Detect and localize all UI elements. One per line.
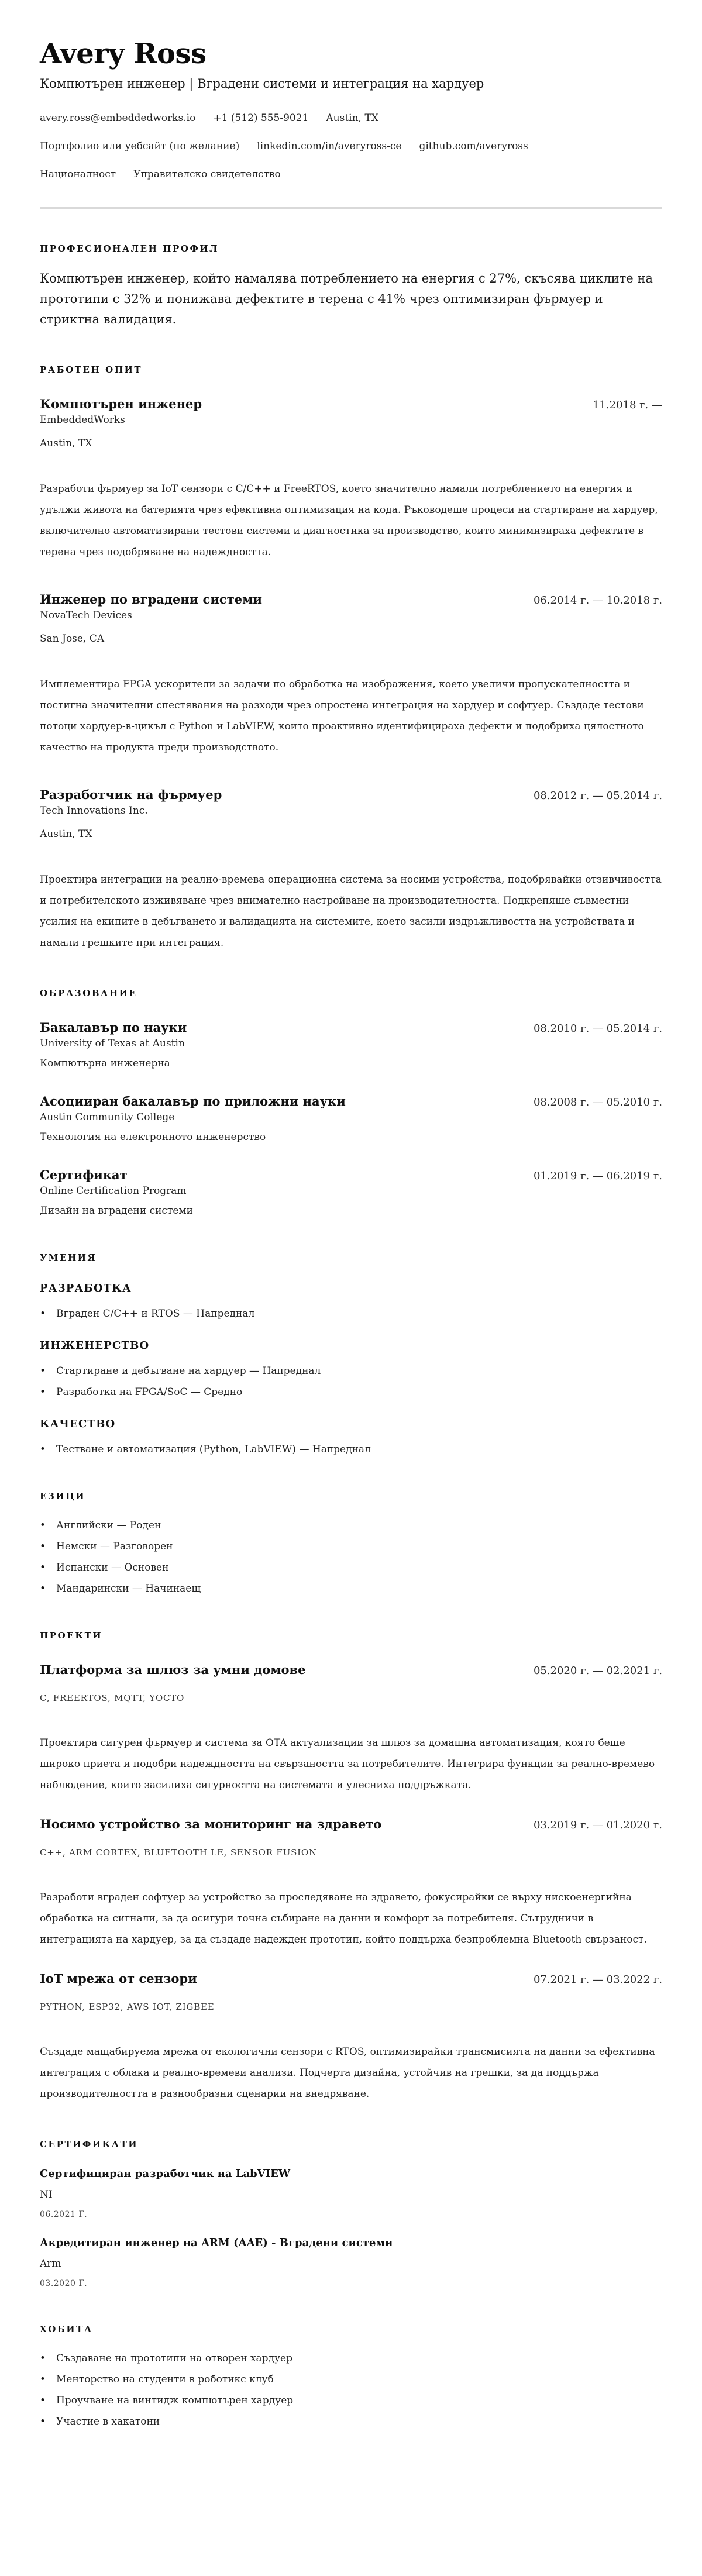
candidate-headline: Компютърен инженер | Вградени системи и … xyxy=(40,75,662,92)
project-name: Платформа за шлюз за умни домове xyxy=(40,1661,305,1679)
portfolio-link[interactable]: Портфолио или уебсайт (по желание) xyxy=(40,139,239,153)
certificate-entry: Акредитиран инженер на ARM (AAE) - Вград… xyxy=(40,2236,662,2289)
contact-row-links: Портфолио или уебсайт (по желание) linke… xyxy=(40,139,662,153)
resume-page: Avery Ross Компютърен инженер | Вградени… xyxy=(0,0,702,2471)
company-name: Tech Innovations Inc. xyxy=(40,804,662,818)
school-name: Online Certification Program xyxy=(40,1184,662,1198)
project-dates: 07.2021 г. — 03.2022 г. xyxy=(534,1972,662,1988)
certificates-section: Сертификати Сертифициран разработчик на … xyxy=(40,2138,662,2289)
project-tech-stack: C++, ARM Cortex, Bluetooth LE, Sensor Fu… xyxy=(40,1846,662,1859)
project-entry: Платформа за шлюз за умни домове05.2020 … xyxy=(40,1661,662,1796)
entry-header: Компютърен инженер11.2018 г. — xyxy=(40,395,662,413)
entry-header: Сертификат01.2019 г. — 06.2019 г. xyxy=(40,1166,662,1184)
hobbies-heading: Хобита xyxy=(40,2323,662,2335)
education-section: Образование Бакалавър по науки08.2010 г.… xyxy=(40,987,662,1218)
field-of-study: Технология на електронното инженерство xyxy=(40,1130,662,1144)
job-location: San Jose, CA xyxy=(40,632,662,646)
skill-item: Стартиране и дебъгване на хардуер — Напр… xyxy=(40,1364,662,1378)
company-name: NovaTech Devices xyxy=(40,608,662,622)
skill-item: Разработка на FPGA/SoC — Средно xyxy=(40,1385,662,1399)
job-description: Проектира интеграции на реално-времева о… xyxy=(40,869,662,953)
project-description: Проектира сигурен фърмуер и система за O… xyxy=(40,1733,662,1796)
company-name: EmbeddedWorks xyxy=(40,413,662,427)
project-tech-stack: Python, ESP32, AWS IoT, Zigbee xyxy=(40,2000,662,2013)
entry-header: Платформа за шлюз за умни домове05.2020 … xyxy=(40,1661,662,1679)
certificate-issuer: NI xyxy=(40,2188,662,2202)
job-description: Разработи фърмуер за IoT сензори с C/C++… xyxy=(40,478,662,563)
education-entry: Бакалавър по науки08.2010 г. — 05.2014 г… xyxy=(40,1019,662,1070)
projects-section: Проекти Платформа за шлюз за умни домове… xyxy=(40,1630,662,2105)
experience-entry: Разработчик на фърмуер08.2012 г. — 05.20… xyxy=(40,786,662,953)
education-dates: 08.2008 г. — 05.2010 г. xyxy=(534,1095,662,1110)
skill-list: Стартиране и дебъгване на хардуер — Напр… xyxy=(40,1364,662,1399)
job-dates: 11.2018 г. — xyxy=(593,398,662,413)
language-item: Мандарински — Начинаещ xyxy=(40,1582,662,1596)
job-location: Austin, TX xyxy=(40,827,662,841)
skill-category: РАЗРАБОТКА xyxy=(40,1281,662,1296)
hobby-item: Проучване на винтидж компютърен хардуер xyxy=(40,2394,662,2408)
candidate-name: Avery Ross xyxy=(40,36,662,71)
hobby-item: Менторство на студенти в роботикс клуб xyxy=(40,2372,662,2386)
experience-heading: Работен опит xyxy=(40,364,662,376)
projects-heading: Проекти xyxy=(40,1630,662,1641)
project-description: Разработи вграден софтуер за устройство … xyxy=(40,1887,662,1950)
degree-title: Асоцииран бакалавър по приложни науки xyxy=(40,1093,346,1110)
hobbies-section: Хобита Създаване на прототипи на отворен… xyxy=(40,2323,662,2429)
certificate-date: 06.2021 Г. xyxy=(40,2209,662,2220)
education-heading: Образование xyxy=(40,987,662,999)
nationality-field: Националност xyxy=(40,167,116,181)
contact-location: Austin, TX xyxy=(326,111,378,125)
entry-header: Бакалавър по науки08.2010 г. — 05.2014 г… xyxy=(40,1019,662,1036)
entry-header: Асоцииран бакалавър по приложни науки08.… xyxy=(40,1093,662,1110)
certificate-name: Сертифициран разработчик на LabVIEW xyxy=(40,2167,662,2182)
header-divider xyxy=(40,207,662,209)
project-entry: Носимо устройство за мониторинг на здрав… xyxy=(40,1816,662,1950)
skill-category: ИНЖЕНЕРСТВО xyxy=(40,1338,662,1354)
skill-category: КАЧЕСТВО xyxy=(40,1417,662,1432)
entry-header: Инженер по вградени системи06.2014 г. — … xyxy=(40,591,662,608)
languages-section: Езици Английски — РоденНемски — Разговор… xyxy=(40,1490,662,1596)
education-entry: Асоцииран бакалавър по приложни науки08.… xyxy=(40,1093,662,1144)
resume-header: Avery Ross Компютърен инженер | Вградени… xyxy=(40,36,662,209)
field-of-study: Дизайн на вградени системи xyxy=(40,1204,662,1218)
contact-row-extra: Националност Управителско свидетелство xyxy=(40,167,662,181)
project-name: IoT мрежа от сензори xyxy=(40,1970,197,1988)
degree-title: Сертификат xyxy=(40,1166,128,1184)
job-location: Austin, TX xyxy=(40,436,662,450)
job-title: Компютърен инженер xyxy=(40,395,202,413)
hobby-list: Създаване на прототипи на отворен хардуе… xyxy=(40,2351,662,2429)
skills-section: Умения РАЗРАБОТКАВграден C/C++ и RTOS — … xyxy=(40,1252,662,1456)
language-list: Английски — РоденНемски — РазговоренИспа… xyxy=(40,1518,662,1596)
job-title: Инженер по вградени системи xyxy=(40,591,262,608)
skill-item: Тестване и автоматизация (Python, LabVIE… xyxy=(40,1442,662,1456)
experience-section: Работен опит Компютърен инженер11.2018 г… xyxy=(40,364,662,953)
project-dates: 05.2020 г. — 02.2021 г. xyxy=(534,1664,662,1679)
project-tech-stack: C, FreeRTOS, MQTT, Yocto xyxy=(40,1692,662,1704)
language-item: Немски — Разговорен xyxy=(40,1540,662,1554)
school-name: Austin Community College xyxy=(40,1110,662,1124)
driving-license-field: Управителско свидетелство xyxy=(133,167,281,181)
hobby-item: Създаване на прототипи на отворен хардуе… xyxy=(40,2351,662,2365)
summary-text: Компютърен инженер, който намалява потре… xyxy=(40,268,662,330)
project-name: Носимо устройство за мониторинг на здрав… xyxy=(40,1816,381,1833)
hobby-item: Участие в хакатони xyxy=(40,2415,662,2429)
job-dates: 06.2014 г. — 10.2018 г. xyxy=(534,593,662,608)
contact-row-primary: avery.ross@embeddedworks.io +1 (512) 555… xyxy=(40,111,662,125)
entry-header: IoT мрежа от сензори07.2021 г. — 03.2022… xyxy=(40,1970,662,1988)
experience-entry: Компютърен инженер11.2018 г. —EmbeddedWo… xyxy=(40,395,662,563)
certificate-entry: Сертифициран разработчик на LabVIEWNI06.… xyxy=(40,2167,662,2220)
experience-entry: Инженер по вградени системи06.2014 г. — … xyxy=(40,591,662,758)
certificates-heading: Сертификати xyxy=(40,2138,662,2150)
education-dates: 01.2019 г. — 06.2019 г. xyxy=(534,1169,662,1184)
skill-list: Тестване и автоматизация (Python, LabVIE… xyxy=(40,1442,662,1456)
skill-list: Вграден C/C++ и RTOS — Напреднал xyxy=(40,1307,662,1321)
certificate-issuer: Arm xyxy=(40,2257,662,2271)
linkedin-link[interactable]: linkedin.com/in/averyross-ce xyxy=(257,139,401,153)
job-title: Разработчик на фърмуер xyxy=(40,786,222,804)
entry-header: Носимо устройство за мониторинг на здрав… xyxy=(40,1816,662,1833)
summary-section: Професионален профил Компютърен инженер,… xyxy=(40,243,662,330)
github-link[interactable]: github.com/averyross xyxy=(419,139,528,153)
school-name: University of Texas at Austin xyxy=(40,1036,662,1051)
certificate-name: Акредитиран инженер на ARM (AAE) - Вград… xyxy=(40,2236,662,2251)
language-item: Английски — Роден xyxy=(40,1518,662,1532)
project-description: Създаде мащабируема мрежа от екологични … xyxy=(40,2041,662,2105)
skill-item: Вграден C/C++ и RTOS — Напреднал xyxy=(40,1307,662,1321)
project-entry: IoT мрежа от сензори07.2021 г. — 03.2022… xyxy=(40,1970,662,2105)
certificate-date: 03.2020 Г. xyxy=(40,2278,662,2289)
degree-title: Бакалавър по науки xyxy=(40,1019,187,1036)
language-item: Испански — Основен xyxy=(40,1561,662,1575)
entry-header: Разработчик на фърмуер08.2012 г. — 05.20… xyxy=(40,786,662,804)
contact-phone[interactable]: +1 (512) 555-9021 xyxy=(213,111,308,125)
summary-heading: Професионален профил xyxy=(40,243,662,254)
education-dates: 08.2010 г. — 05.2014 г. xyxy=(534,1021,662,1036)
field-of-study: Компютърна инженерна xyxy=(40,1056,662,1070)
job-description: Имплементира FPGA ускорители за задачи п… xyxy=(40,674,662,758)
education-entry: Сертификат01.2019 г. — 06.2019 г.Online … xyxy=(40,1166,662,1218)
contact-email[interactable]: avery.ross@embeddedworks.io xyxy=(40,111,195,125)
languages-heading: Езици xyxy=(40,1490,662,1502)
job-dates: 08.2012 г. — 05.2014 г. xyxy=(534,788,662,804)
project-dates: 03.2019 г. — 01.2020 г. xyxy=(534,1818,662,1833)
skills-heading: Умения xyxy=(40,1252,662,1263)
